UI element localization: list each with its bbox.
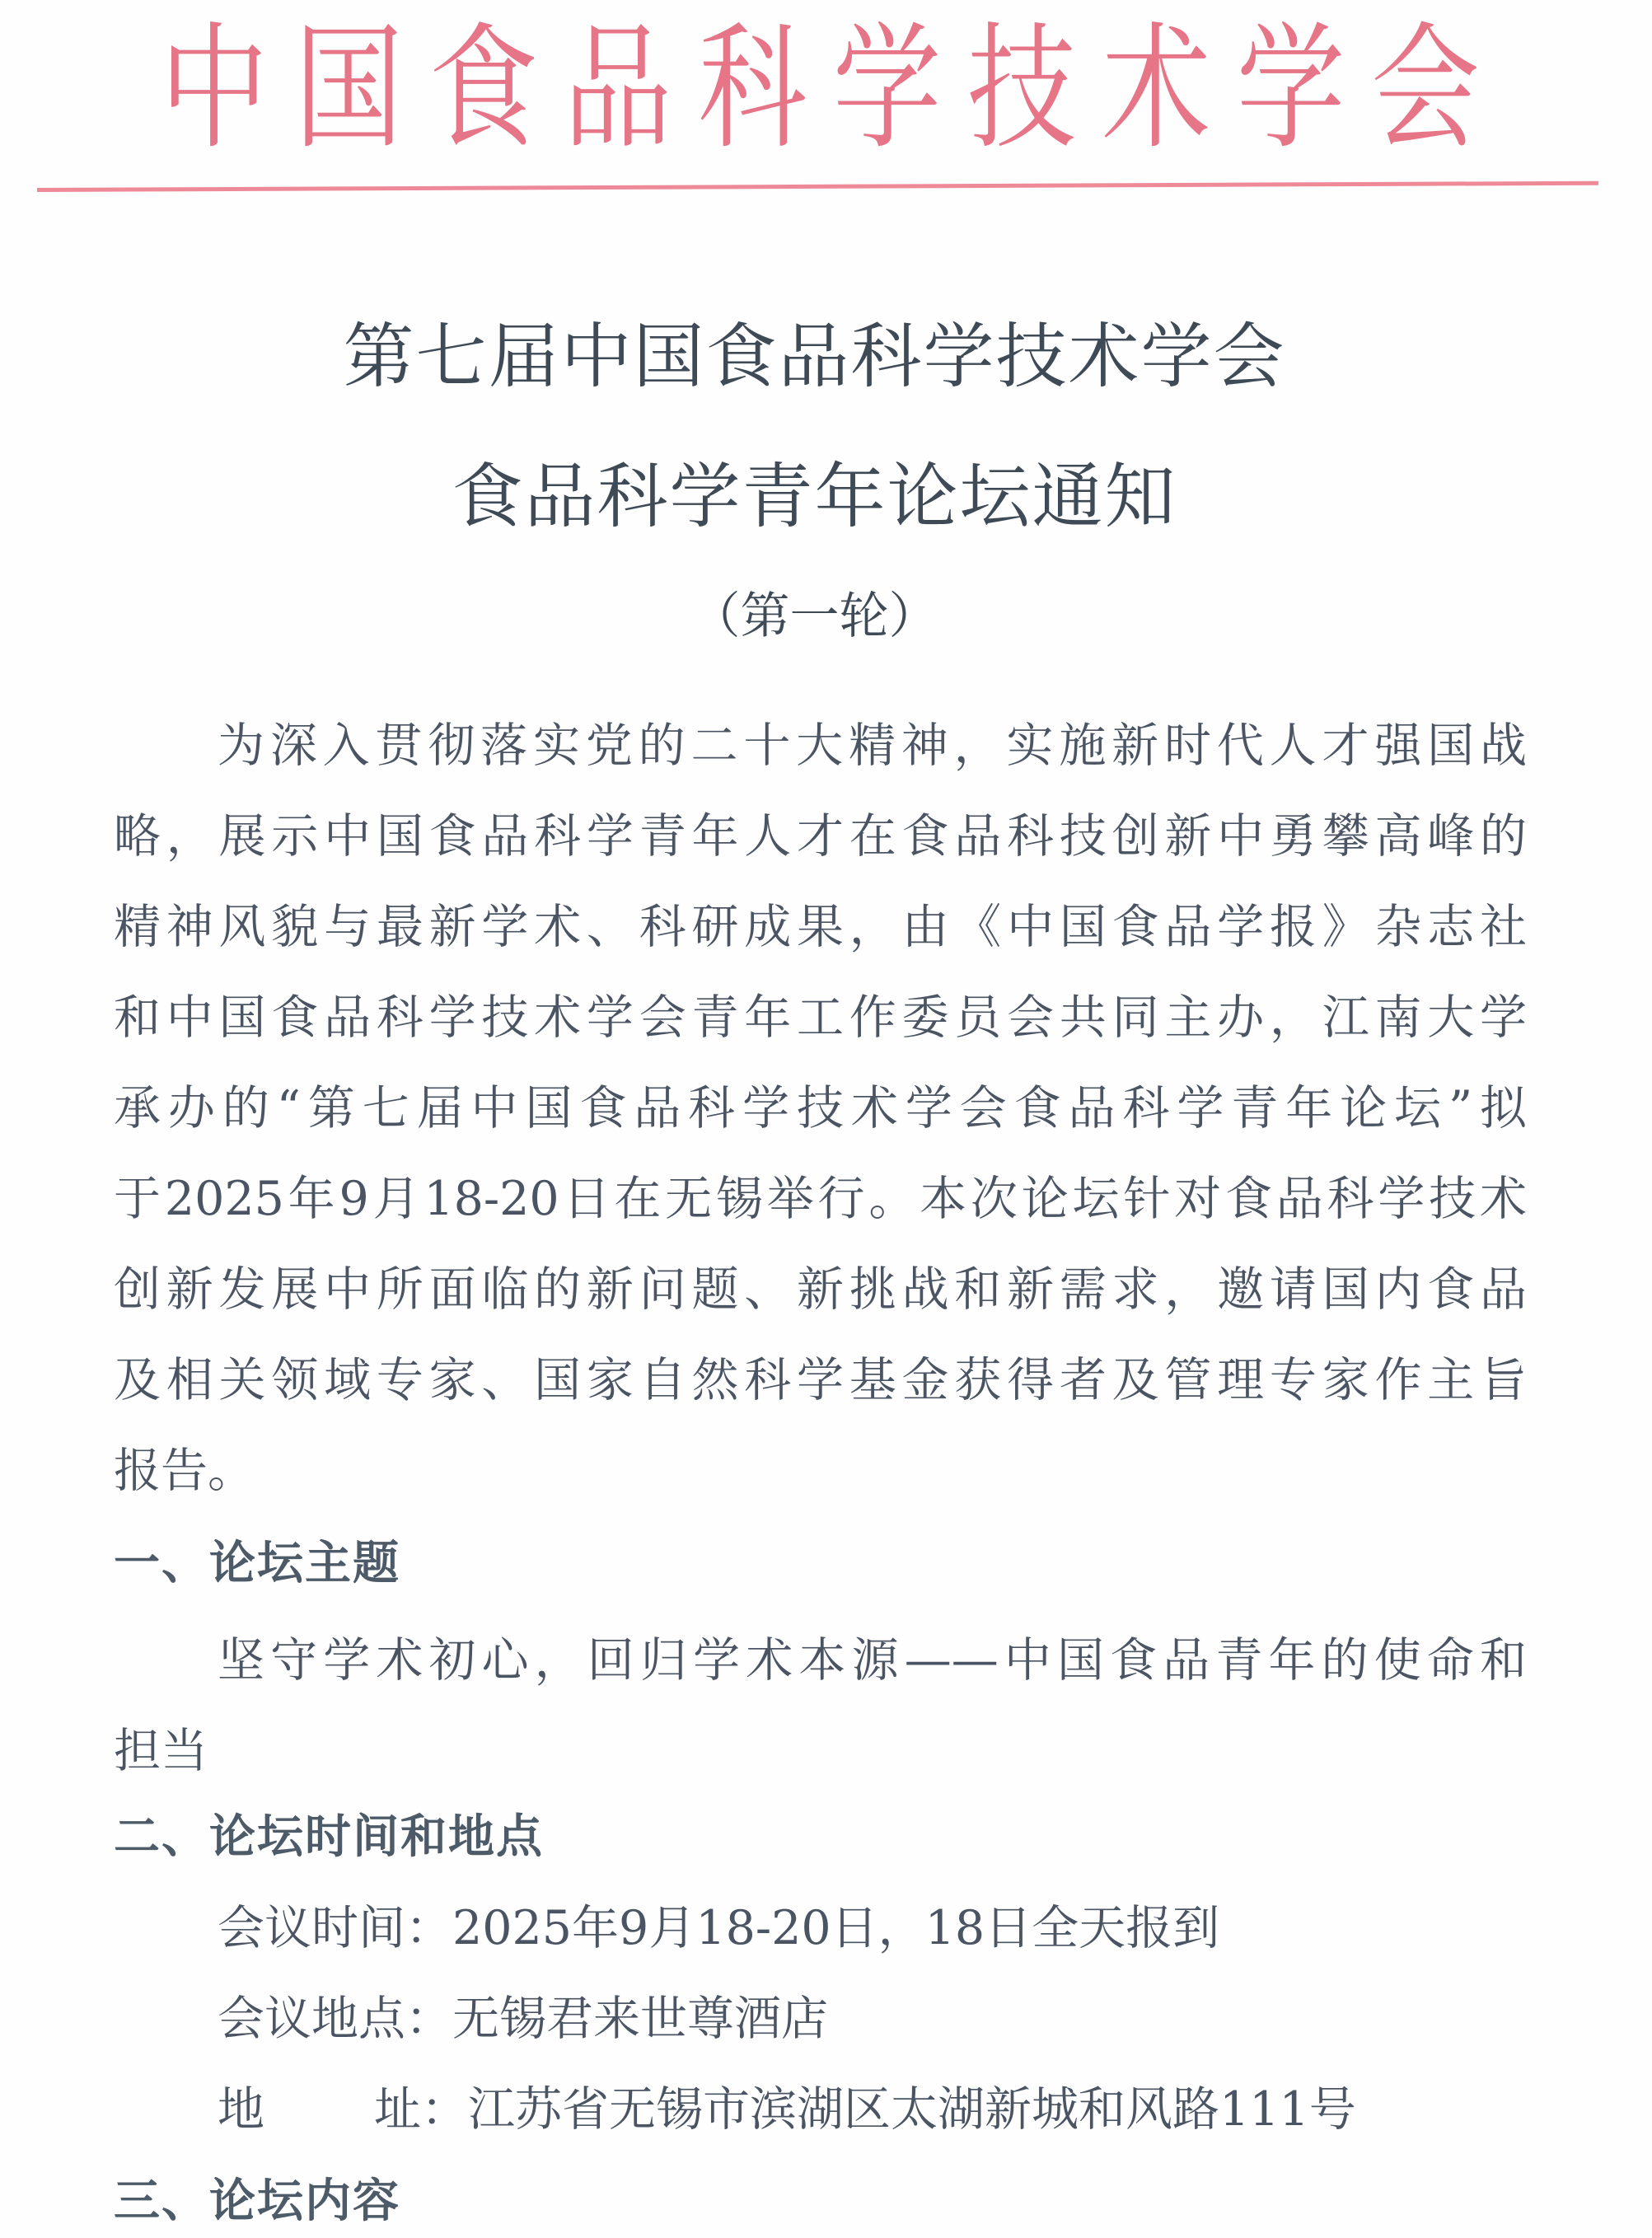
letterhead-char: 技 (964, 21, 1079, 157)
letterhead-char: 科 (695, 21, 810, 157)
address-label-part-2: 址： (374, 2076, 468, 2142)
intro-line: 创新发展中所面临的新问题、新挑战和新需求，邀请国内食品 (114, 1244, 1527, 1335)
section-heading-theme: 一、论坛主题 (114, 1531, 400, 1597)
address-value: 江苏省无锡市滨湖区太湖新城和风路111号 (468, 2076, 1356, 2142)
intro-line: 承办的“第七届中国食品科学技术学会食品科学青年论坛”拟 (114, 1063, 1527, 1154)
meeting-place-label: 会议地点： (218, 1986, 452, 2052)
letterhead-char: 会 (1368, 21, 1483, 157)
letterhead-char: 品 (560, 21, 676, 157)
document-round-label: （第一轮） (0, 583, 1640, 649)
document-title-line-1: 第七届中国食品科学技术学会 (0, 311, 1640, 402)
theme-line: 坚守学术初心，回归学术本源——中国食品青年的使命和 (114, 1615, 1527, 1706)
letterhead-char: 术 (1098, 21, 1214, 157)
intro-line: 为深入贯彻落实党的二十大精神，实施新时代人才强国战 (114, 700, 1527, 791)
meeting-time-label: 会议时间： (218, 1895, 452, 1961)
theme-line: 担当 (114, 1706, 1527, 1796)
document-page: 中 国 食 品 科 学 技 术 学 会 第七届中国食品科学技术学会 食品科学青年… (0, 0, 1652, 2238)
meeting-place: 会议地点：无锡君来世尊酒店 (218, 1986, 828, 2052)
letterhead-char: 中 (157, 21, 272, 157)
meeting-place-value: 无锡君来世尊酒店 (452, 1986, 828, 2052)
section-heading-content: 三、论坛内容 (114, 2169, 400, 2235)
forum-theme: 坚守学术初心，回归学术本源——中国食品青年的使命和 担当 (114, 1615, 1527, 1796)
intro-line: 和中国食品科学技术学会青年工作委员会共同主办，江南大学 (114, 972, 1527, 1063)
letterhead-char: 食 (426, 21, 541, 157)
intro-paragraph: 为深入贯彻落实党的二十大精神，实施新时代人才强国战 略，展示中国食品科学青年人才… (114, 700, 1527, 1516)
letterhead-char: 国 (291, 21, 406, 157)
intro-line: 精神风貌与最新学术、科研成果，由《中国食品学报》杂志社 (114, 882, 1527, 972)
meeting-time-value: 2025年9月18-20日，18日全天报到 (452, 1895, 1219, 1961)
document-title-line-2: 食品科学青年论坛通知 (0, 452, 1640, 542)
intro-line: 于2025年9月18-20日在无锡举行。本次论坛针对食品科学技术 (114, 1154, 1527, 1244)
intro-line: 及相关领域专家、国家自然科学基金获得者及管理专家作主旨 (114, 1335, 1527, 1426)
intro-line: 略，展示中国食品科学青年人才在食品科技创新中勇攀高峰的 (114, 791, 1527, 882)
letterhead-char: 学 (1233, 21, 1349, 157)
meeting-time: 会议时间：2025年9月18-20日，18日全天报到 (218, 1895, 1219, 1961)
letterhead: 中 国 食 品 科 学 技 术 学 会 (157, 15, 1483, 163)
letterhead-char: 学 (830, 21, 945, 157)
address-label-part-1: 地 (218, 2076, 374, 2142)
meeting-address: 地址：江苏省无锡市滨湖区太湖新城和风路111号 (218, 2076, 1356, 2142)
intro-line: 报告。 (114, 1426, 1527, 1516)
section-heading-time-place: 二、论坛时间和地点 (114, 1805, 544, 1870)
letterhead-divider (37, 181, 1598, 192)
